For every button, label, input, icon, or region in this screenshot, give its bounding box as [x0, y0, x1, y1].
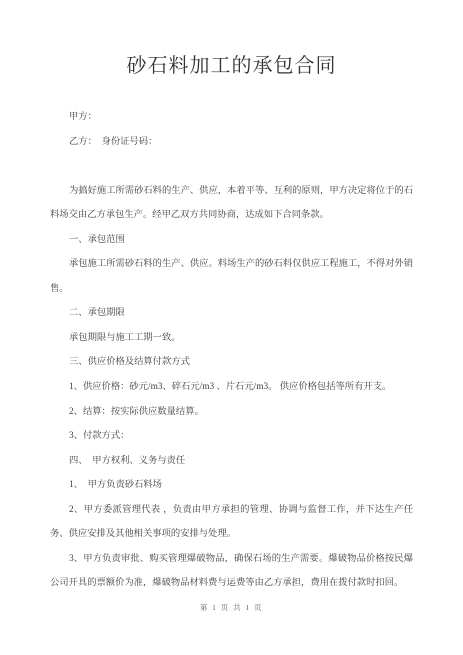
document-page: 砂石料加工的承包合同 甲方： 乙方： 身份证号码： 为搞好施工所需砂石料的生产、…	[0, 0, 463, 655]
paragraph-settlement: 2、结算：按实际供应数量结算。	[50, 400, 413, 425]
page-footer: 第 1 页 共 1 页	[0, 596, 463, 621]
paragraph-term: 承包期限与施工工期一致。	[50, 326, 413, 351]
heading-section-4: 四、 甲方权利、义务与责任	[50, 449, 413, 474]
document-title: 砂石料加工的承包合同	[0, 0, 463, 80]
heading-section-3: 三、供应价格及结算付款方式	[50, 350, 413, 375]
paragraph-party-b: 乙方： 身份证号码：	[50, 130, 413, 155]
heading-section-2: 二、承包期限	[50, 301, 413, 326]
paragraph-duty-3: 3、甲方负责审批、购买管理爆破物品，确保石场的生产需要。爆破物品价格按民爆公司开…	[50, 547, 413, 596]
document-body: 甲方： 乙方： 身份证号码： 为搞好施工所需砂石料的生产、供应，本着平等、互利的…	[50, 105, 413, 596]
paragraph-duty-1: 1、 甲方负责砂石料场	[50, 473, 413, 498]
paragraph-scope: 承包施工所需砂石料的生产、供应。料场生产的砂石料仅供应工程施工，不得对外销售。	[50, 252, 413, 301]
blank-line	[50, 154, 413, 179]
paragraph-party-a: 甲方：	[50, 105, 413, 130]
paragraph-payment: 3、付款方式：	[50, 424, 413, 449]
paragraph-price: 1、供应价格：砂元/m3、碎石元/m3 、片石元/m3。 供应价格包括等所有开支…	[50, 375, 413, 400]
heading-section-1: 一、承包范围	[50, 228, 413, 253]
paragraph-duty-2: 2、甲方委派管理代表 ，负责由甲方承担的管理、协调与监督工作，并下达生产任务、供…	[50, 498, 413, 547]
paragraph-preamble: 为搞好施工所需砂石料的生产、供应，本着平等、互利的原则，甲方决定将位于的石料场交…	[50, 179, 413, 228]
